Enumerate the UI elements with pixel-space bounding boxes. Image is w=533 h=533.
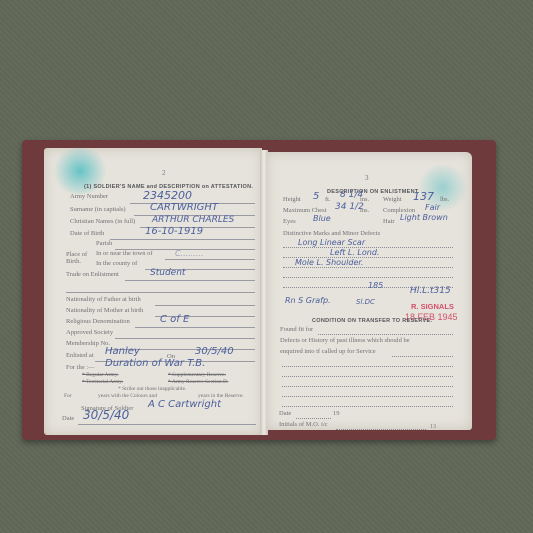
field-line	[165, 259, 255, 260]
dotted-line	[318, 334, 453, 335]
hair-value: Light Brown	[400, 213, 448, 222]
soldier-signature: A C Cartwright	[148, 399, 221, 410]
dotted-line	[283, 267, 453, 268]
field-line	[66, 292, 255, 293]
mother-nationality-label: Nationality of Mother at birth	[66, 307, 143, 314]
place-of-birth-label: Place of Birth.	[66, 251, 94, 265]
mo-date-label: Date	[279, 410, 291, 417]
found-fit-label: Found fit for	[280, 326, 313, 333]
for-the-label: For the :—	[66, 364, 95, 371]
marks-line-1: Long Linear Scar	[298, 238, 365, 247]
footer-number: 13	[430, 424, 436, 430]
field-line	[125, 280, 255, 281]
surname-value: CARTWRIGHT	[150, 202, 218, 213]
lbs-label: lbs.	[440, 196, 449, 203]
field-line	[135, 327, 255, 328]
father-nationality-label: Nationality of Father at birth	[66, 296, 141, 303]
marks-line-2: Left L. Lond.	[330, 248, 379, 257]
annotation-middle: Sl.DC	[356, 298, 375, 306]
membership-label: Membership No.	[66, 340, 110, 347]
annotation-right: Hl.L.t315	[410, 286, 451, 296]
enlisted-date: 30/5/40	[195, 346, 234, 357]
transfer-heading: CONDITION ON TRANSFER TO RESERVE.	[312, 318, 432, 324]
dotted-line	[282, 406, 453, 407]
dotted-line	[336, 429, 426, 430]
defects-label-2: enquired into if called up for Service	[280, 348, 376, 355]
annotation-left: Rn S Grafp.	[285, 296, 331, 305]
religion-label: Religious Denomination	[66, 318, 130, 325]
town-label: In or near the town of	[96, 250, 153, 257]
hair-label: Hair	[383, 218, 395, 225]
years-for-label: For	[64, 393, 72, 399]
complexion-value: Fair	[425, 203, 440, 212]
army-number-value: 2345200	[143, 189, 192, 202]
weight-value: 137	[413, 190, 434, 203]
strike-note: * Strike out those inapplicable.	[118, 386, 186, 392]
dotted-line	[283, 277, 453, 278]
dotted-line	[283, 247, 453, 248]
defects-label-1: Defects or History of past illness which…	[280, 337, 410, 344]
dotted-line	[283, 257, 453, 258]
supplementary-reserve-option: * Supplementary Reserve.	[168, 372, 226, 378]
dob-label: Date of Birth	[70, 230, 104, 237]
annotation-number: 185	[368, 281, 383, 290]
county-label: In the county of	[96, 260, 137, 267]
page-number: 3	[365, 174, 369, 182]
year-prefix: 19	[333, 410, 340, 417]
regular-army-option: * Regular Army.	[82, 372, 118, 378]
eyes-label: Eyes	[283, 218, 296, 225]
chest-label: Maximum Chest	[283, 207, 327, 214]
date-label: Date	[62, 415, 74, 422]
army-number-label: Army Number	[70, 193, 108, 200]
army-reserve-option: * Army Reserve Section D.	[168, 379, 228, 385]
chest-ins-label: ins.	[360, 207, 369, 214]
parish-label: Parish	[96, 240, 112, 247]
field-line	[115, 338, 255, 339]
field-line	[110, 239, 255, 240]
dotted-line	[282, 376, 453, 377]
dotted-line	[282, 366, 453, 367]
surname-label: Surname (in capitals)	[70, 206, 126, 213]
height-label: Height	[283, 196, 301, 203]
field-line	[155, 305, 255, 306]
page-number: 2	[162, 169, 166, 177]
mo-initials-label: Initials of M.O. i/c	[279, 421, 328, 428]
christian-names-label: Christian Names (in full)	[70, 218, 135, 225]
ink-stain	[415, 165, 470, 210]
height-feet: 5	[313, 191, 319, 202]
territorial-army-option: * Territorial Army.	[82, 379, 123, 385]
eyes-value: Blue	[313, 214, 331, 223]
approved-society-label: Approved Society	[66, 329, 113, 336]
town-value: C.........	[175, 249, 203, 258]
christian-names-value: ARTHUR CHARLES	[152, 215, 234, 225]
dotted-line	[282, 386, 453, 387]
dob-value: 16-10-1919	[145, 226, 203, 237]
date-value: 30/5/40	[83, 408, 129, 422]
marks-line-3: Mole L. Shoulder.	[295, 258, 363, 267]
ft-label: ft.	[325, 196, 331, 203]
enlisted-place: Hanley	[105, 346, 140, 357]
trade-value: Student	[150, 268, 185, 278]
trade-label: Trade on Enlistment	[66, 271, 119, 278]
stamp-unit: R. SIGNALS	[411, 302, 454, 311]
marks-label: Distinctive Marks and Minor Defects	[283, 230, 380, 237]
religion-value: C of E	[160, 314, 189, 325]
dotted-line	[392, 356, 453, 357]
dotted-line	[282, 396, 453, 397]
weight-label: Weight	[383, 196, 402, 203]
dotted-line	[296, 418, 331, 419]
field-line	[78, 424, 256, 425]
for-the-value: Duration of War T.B.	[105, 358, 205, 369]
enlisted-label: Enlisted at	[66, 352, 94, 359]
